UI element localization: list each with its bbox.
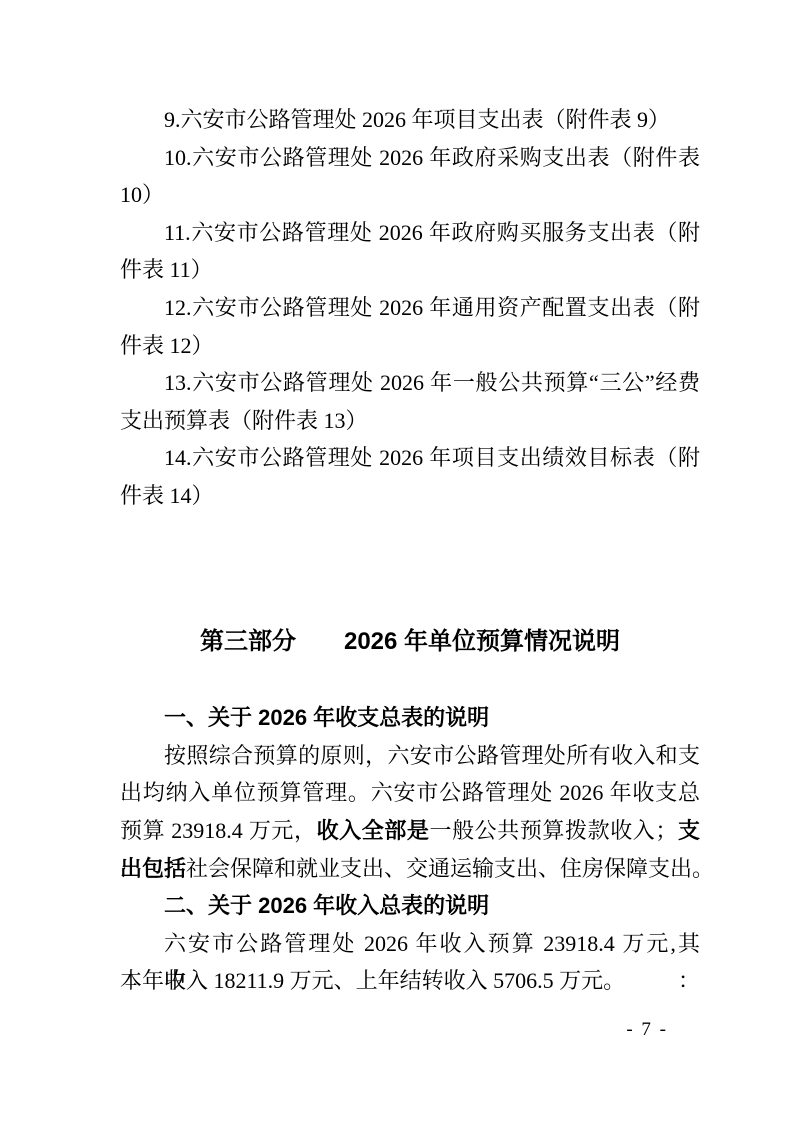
section-heading: 二、关于 2026 年收入总表的说明 bbox=[120, 887, 700, 925]
attachment-list-line: 10） bbox=[120, 176, 700, 214]
text-segment: 预算 23918.4 万元， bbox=[120, 818, 317, 843]
bold-text-segment: 收入全部是 bbox=[317, 818, 430, 843]
text-segment: 支出预算表（附件表 13） bbox=[120, 408, 368, 433]
text-segment: 件表 11） bbox=[120, 257, 213, 282]
bold-text-segment: 出包括 bbox=[120, 856, 186, 881]
paragraph-line: 出均纳入单位预算管理。六安市公路管理处 2026 年收支总 bbox=[120, 774, 700, 812]
part3-heading: 第三部分 2026 年单位预算情况说明 bbox=[120, 623, 700, 661]
attachment-list: 9.六安市公路管理处 2026 年项目支出表（附件表 9）10.六安市公路管理处… bbox=[120, 101, 700, 515]
paragraph-line: 预算 23918.4 万元，收入全部是一般公共预算拨款收入；支 bbox=[120, 812, 700, 850]
text-segment: 件表 14） bbox=[120, 483, 214, 508]
text-segment: 社会保障和就业支出、交通运输支出、住房保障支出。 bbox=[186, 856, 714, 881]
text-segment: 10） bbox=[120, 182, 164, 207]
paragraph-line: 出包括社会保障和就业支出、交通运输支出、住房保障支出。 bbox=[120, 850, 700, 888]
paragraph-line: 本年收入 18211.9 万元、上年结转收入 5706.5 万元。 bbox=[120, 962, 700, 1000]
attachment-list-line: 14.六安市公路管理处 2026 年项目支出绩效目标表（附 bbox=[120, 439, 700, 477]
text-segment: 件表 12） bbox=[120, 333, 214, 358]
attachment-list-line: 12.六安市公路管理处 2026 年通用资产配置支出表（附 bbox=[120, 289, 700, 327]
text-segment: 9.六安市公路管理处 2026 年项目支出表（附件表 9） bbox=[164, 107, 670, 132]
text-segment: 11.六安市公路管理处 2026 年政府购买服务支出表（附 bbox=[164, 220, 700, 245]
attachment-list-line: 件表 14） bbox=[120, 477, 700, 515]
text-segment: 出均纳入单位预算管理。六安市公路管理处 2026 年收支总 bbox=[120, 780, 700, 805]
paragraph-line: 六安市公路管理处 2026 年收入预算 23918.4 万元,其中： bbox=[120, 925, 700, 963]
text-segment: 13.六安市公路管理处 2026 年一般公共预算“三公”经费 bbox=[164, 370, 700, 395]
attachment-list-line: 件表 12） bbox=[120, 327, 700, 365]
bold-text-segment: 支 bbox=[677, 818, 700, 843]
attachment-list-line: 支出预算表（附件表 13） bbox=[120, 402, 700, 440]
attachment-list-line: 10.六安市公路管理处 2026 年政府采购支出表（附件表 bbox=[120, 139, 700, 177]
budget-notes-sections: 一、关于 2026 年收支总表的说明按照综合预算的原则，六安市公路管理处所有收入… bbox=[120, 699, 700, 1000]
text-segment: 12.六安市公路管理处 2026 年通用资产配置支出表（附 bbox=[164, 295, 700, 320]
paragraph-line: 按照综合预算的原则，六安市公路管理处所有收入和支 bbox=[120, 737, 700, 775]
bold-text-segment: 一、关于 2026 年收支总表的说明 bbox=[164, 705, 489, 730]
attachment-list-line: 9.六安市公路管理处 2026 年项目支出表（附件表 9） bbox=[120, 101, 700, 139]
bold-text-segment: 二、关于 2026 年收入总表的说明 bbox=[164, 893, 489, 918]
page-number: - 7 - bbox=[0, 1019, 668, 1041]
attachment-list-line: 件表 11） bbox=[120, 251, 700, 289]
attachment-list-line: 13.六安市公路管理处 2026 年一般公共预算“三公”经费 bbox=[120, 364, 700, 402]
text-segment: 一般公共预算拨款收入； bbox=[430, 818, 678, 843]
attachment-list-line: 11.六安市公路管理处 2026 年政府购买服务支出表（附 bbox=[120, 214, 700, 252]
section-heading: 一、关于 2026 年收支总表的说明 bbox=[120, 699, 700, 737]
document-page: 9.六安市公路管理处 2026 年项目支出表（附件表 9）10.六安市公路管理处… bbox=[0, 0, 793, 1122]
text-segment: 本年收入 18211.9 万元、上年结转收入 5706.5 万元。 bbox=[120, 968, 625, 993]
page-content: 9.六安市公路管理处 2026 年项目支出表（附件表 9）10.六安市公路管理处… bbox=[0, 0, 793, 1000]
text-segment: 14.六安市公路管理处 2026 年项目支出绩效目标表（附 bbox=[164, 445, 700, 470]
text-segment: 按照综合预算的原则，六安市公路管理处所有收入和支 bbox=[164, 743, 700, 768]
text-segment: 10.六安市公路管理处 2026 年政府采购支出表（附件表 bbox=[164, 145, 700, 170]
